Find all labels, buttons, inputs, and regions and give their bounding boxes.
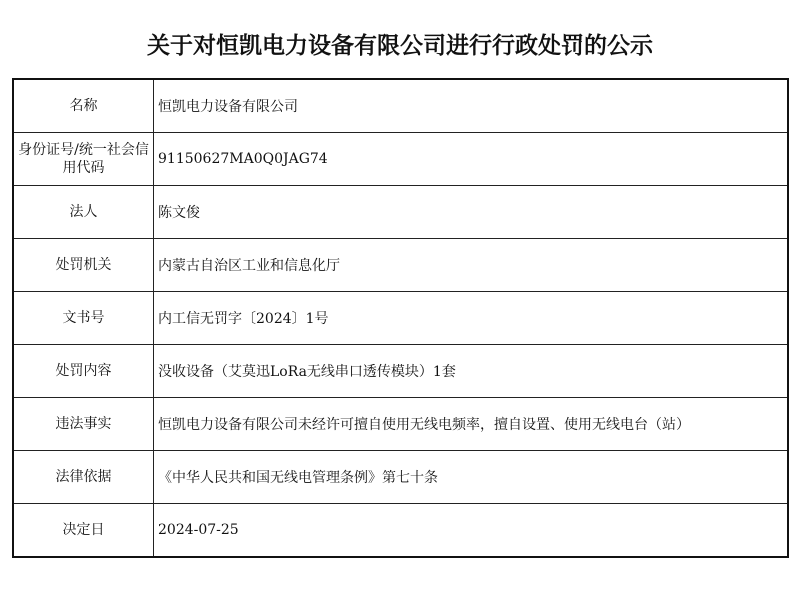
page-title: 关于对恒凯电力设备有限公司进行行政处罚的公示 <box>0 27 800 60</box>
table-row: 处罚机关 内蒙古自治区工业和信息化厅 <box>13 239 788 292</box>
row-label: 名称 <box>13 79 154 133</box>
row-label: 处罚机关 <box>13 239 154 292</box>
row-value: 恒凯电力设备有限公司未经许可擅自使用无线电频率，擅自设置、使用无线电台（站） <box>154 398 789 451</box>
row-label: 文书号 <box>13 292 154 345</box>
table-row: 法律依据 《中华人民共和国无线电管理条例》第七十条 <box>13 451 788 504</box>
table-row: 名称 恒凯电力设备有限公司 <box>13 79 788 133</box>
penalty-table: 名称 恒凯电力设备有限公司 身份证号/统一社会信用代码 91150627MA0Q… <box>12 78 789 558</box>
row-label: 身份证号/统一社会信用代码 <box>13 133 154 186</box>
row-value: 《中华人民共和国无线电管理条例》第七十条 <box>154 451 789 504</box>
row-label: 违法事实 <box>13 398 154 451</box>
row-label: 决定日 <box>13 504 154 558</box>
row-value: 91150627MA0Q0JAG74 <box>154 133 789 186</box>
table-row: 处罚内容 没收设备（艾莫迅LoRa无线串口透传模块）1套 <box>13 345 788 398</box>
table-row: 法人 陈文俊 <box>13 186 788 239</box>
row-value: 陈文俊 <box>154 186 789 239</box>
row-value: 没收设备（艾莫迅LoRa无线串口透传模块）1套 <box>154 345 789 398</box>
row-value: 内工信无罚字〔2024〕1号 <box>154 292 789 345</box>
row-label: 法人 <box>13 186 154 239</box>
row-label: 法律依据 <box>13 451 154 504</box>
row-label: 处罚内容 <box>13 345 154 398</box>
row-value: 2024-07-25 <box>154 504 789 558</box>
table-row: 身份证号/统一社会信用代码 91150627MA0Q0JAG74 <box>13 133 788 186</box>
row-value: 恒凯电力设备有限公司 <box>154 79 789 133</box>
table-row: 决定日 2024-07-25 <box>13 504 788 558</box>
table-row: 违法事实 恒凯电力设备有限公司未经许可擅自使用无线电频率，擅自设置、使用无线电台… <box>13 398 788 451</box>
table-row: 文书号 内工信无罚字〔2024〕1号 <box>13 292 788 345</box>
row-value: 内蒙古自治区工业和信息化厅 <box>154 239 789 292</box>
